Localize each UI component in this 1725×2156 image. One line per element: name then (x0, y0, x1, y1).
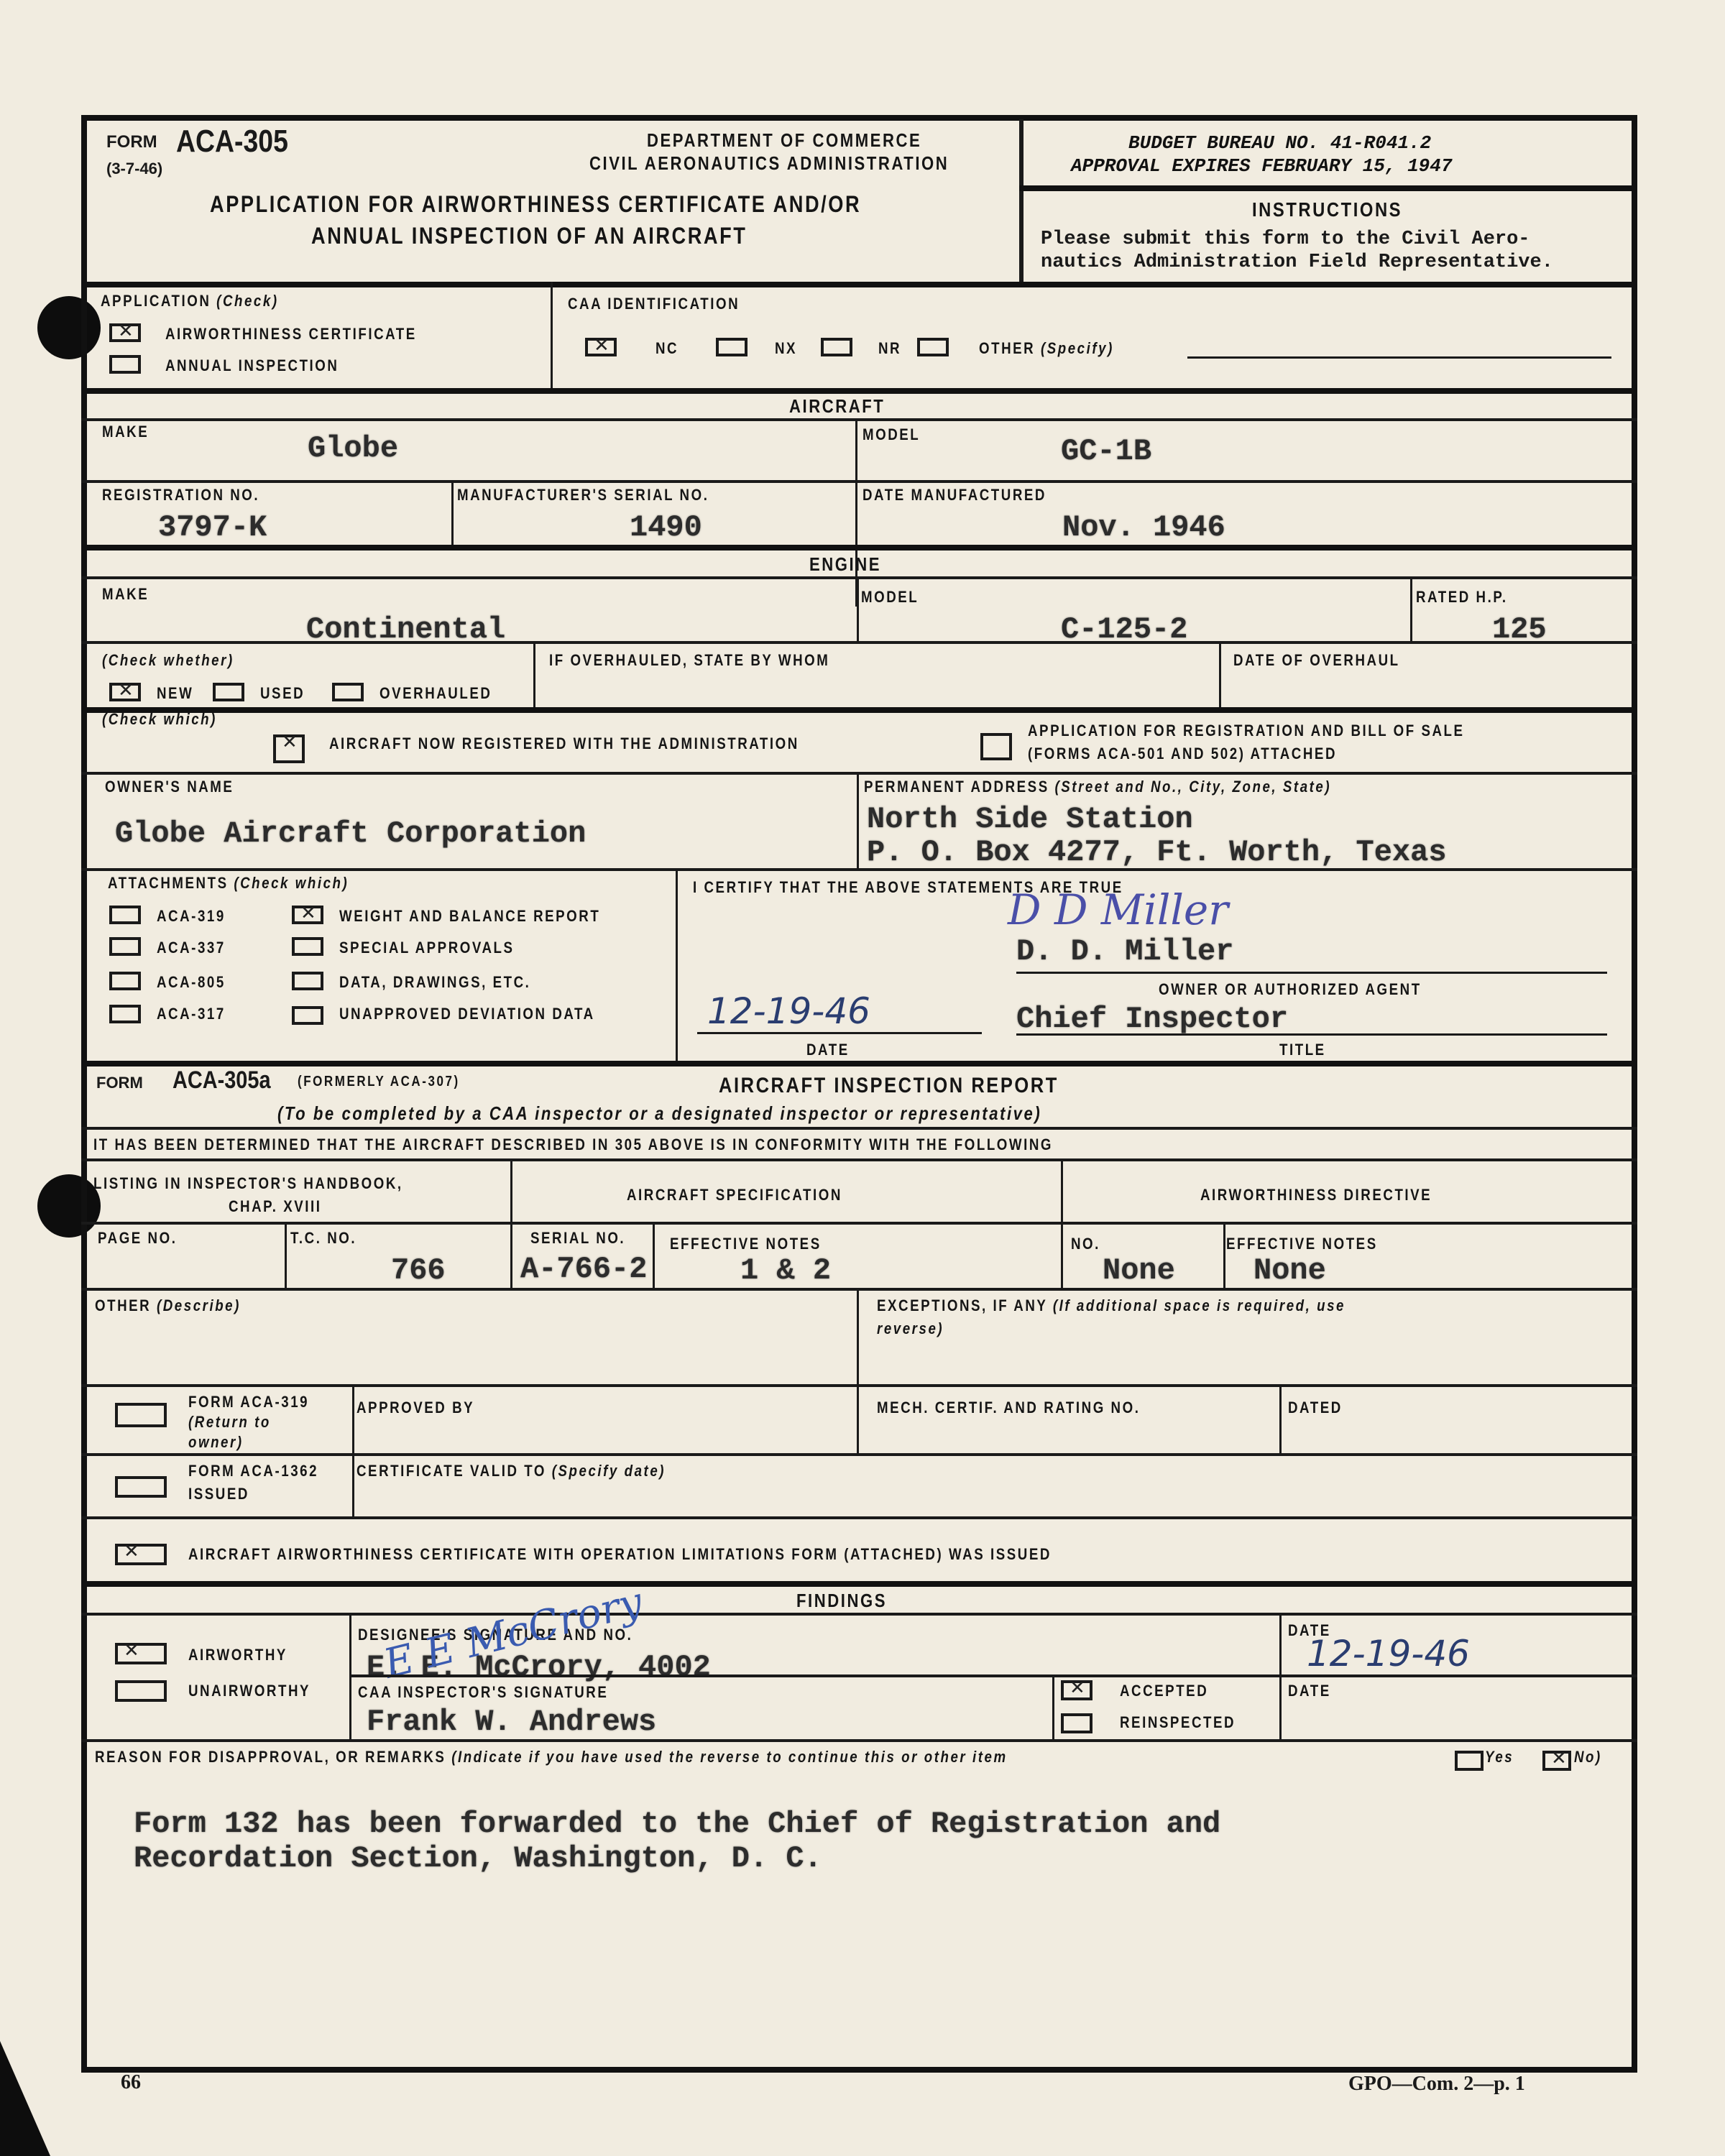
dated-field[interactable] (1287, 1423, 1624, 1452)
application-label: APPLICATION (101, 292, 211, 310)
remarks-text-line1: Form 132 has been forwarded to the Chief… (134, 1807, 1220, 1841)
exceptions-field[interactable] (870, 1341, 1624, 1381)
checkbox-unapproved-deviation[interactable] (292, 1006, 323, 1025)
aircraft-model-label: MODEL (862, 425, 920, 444)
instructions-line2: nautics Administration Field Representat… (1041, 252, 1553, 273)
attachments-hint: (Check which) (234, 874, 349, 892)
overhauled-by-label: IF OVERHAULED, STATE BY WHOM (549, 651, 829, 670)
date-manufactured-label: DATE MANUFACTURED (862, 486, 1046, 505)
address-line1: North Side Station (867, 802, 1193, 837)
checkbox-registration-application[interactable] (980, 733, 1012, 760)
registration-application-line1: APPLICATION FOR REGISTRATION AND BILL OF… (1028, 722, 1465, 740)
mech-cert-label: MECH. CERTIF. AND RATING NO. (877, 1399, 1140, 1417)
attachment-data-drawings: DATA, DRAWINGS, ETC. (339, 973, 530, 992)
engine-model-label: MODEL (861, 588, 919, 607)
attachment-aca-337: ACA-337 (157, 939, 226, 957)
attachment-aca-805: ACA-805 (157, 973, 226, 992)
checkbox-other[interactable] (917, 338, 949, 356)
unairworthy-label: UNAIRWORTHY (188, 1682, 310, 1700)
report-subtitle: (To be completed by a CAA inspector or a… (277, 1102, 1041, 1125)
handbook-label-line2: CHAP. XVIII (229, 1197, 322, 1216)
checkbox-aca-805[interactable] (109, 972, 141, 990)
footer-gpo-code: GPO—Com. 2—p. 1 (1348, 2073, 1525, 2096)
form-prefix: FORM (106, 132, 157, 152)
owner-name-value: Globe Aircraft Corporation (115, 816, 586, 851)
exceptions-hint-cont: reverse) (877, 1319, 944, 1338)
checkbox-used[interactable] (213, 683, 244, 701)
manufacturer-serial-value: 1490 (630, 510, 702, 545)
spec-effective-notes-value: 1 & 2 (740, 1253, 831, 1288)
other-hint: (Specify) (1041, 339, 1114, 357)
aircraft-make-label: MAKE (102, 423, 149, 441)
option-nr: NR (878, 339, 901, 358)
approval-expires: APPROVAL EXPIRES FEBRUARY 15, 1947 (1071, 155, 1453, 177)
caa-identification-label: CAA IDENTIFICATION (568, 295, 740, 313)
owner-agent-caption: OWNER OR AUTHORIZED AGENT (1159, 980, 1422, 999)
option-other: OTHER (979, 339, 1035, 357)
inspector-date-field[interactable] (1287, 1705, 1624, 1733)
checkbox-aca-319[interactable] (109, 906, 141, 924)
form-title-line1: APPLICATION FOR AIRWORTHINESS CERTIFICAT… (210, 191, 861, 218)
checkbox-new[interactable] (109, 683, 141, 701)
option-used: USED (260, 684, 305, 703)
spec-serial-value: A-766-2 (520, 1252, 647, 1286)
option-overhauled: OVERHAULED (379, 684, 492, 703)
inspector-date-label: DATE (1288, 1682, 1331, 1700)
dated-label: DATED (1288, 1399, 1343, 1417)
report-title: AIRCRAFT INSPECTION REPORT (719, 1074, 1059, 1098)
checkbox-aircraft-registered[interactable] (273, 734, 305, 763)
checkbox-form-aca-1362[interactable] (115, 1476, 167, 1498)
checkbox-accepted[interactable] (1061, 1680, 1092, 1700)
certificate-issued-label: AIRCRAFT AIRWORTHINESS CERTIFICATE WITH … (188, 1545, 1052, 1564)
report-form-number: ACA-305a (172, 1067, 271, 1095)
aircraft-specification-label: AIRCRAFT SPECIFICATION (627, 1186, 842, 1204)
reverse-yes-label: Yes (1485, 1748, 1514, 1766)
accepted-label: ACCEPTED (1120, 1682, 1208, 1700)
rated-hp-label: RATED H.P. (1416, 588, 1508, 607)
valid-to-field[interactable] (359, 1485, 1624, 1514)
aircraft-registered-label: AIRCRAFT NOW REGISTERED WITH THE ADMINIS… (329, 734, 799, 753)
attachment-weight-balance-report: WEIGHT AND BALANCE REPORT (339, 907, 600, 926)
attachments-label: ATTACHMENTS (108, 874, 229, 892)
overhaul-date-field[interactable] (1229, 676, 1624, 704)
checkbox-annual-inspection[interactable] (109, 355, 141, 374)
checkbox-nc[interactable] (585, 338, 617, 356)
remarks-text-line2: Recordation Section, Washington, D. C. (134, 1841, 822, 1876)
attachment-aca-319: ACA-319 (157, 907, 226, 926)
spec-effective-notes-label: EFFECTIVE NOTES (670, 1235, 822, 1253)
checkbox-special-approvals[interactable] (292, 937, 323, 956)
tc-no-label: T.C. NO. (290, 1229, 356, 1248)
option-new: NEW (157, 684, 193, 703)
form-aca-1362-line2: ISSUED (188, 1485, 249, 1503)
title-caption: TITLE (1279, 1041, 1326, 1059)
engine-make-label: MAKE (102, 585, 149, 604)
checkbox-overhauled[interactable] (332, 683, 364, 701)
department: DEPARTMENT OF COMMERCE (647, 129, 921, 152)
address-line2: P. O. Box 4277, Ft. Worth, Texas (867, 835, 1447, 870)
other-describe-hint: (Describe) (157, 1296, 241, 1314)
exceptions-label: EXCEPTIONS, IF ANY (877, 1296, 1047, 1314)
form-date: (3-7-46) (106, 160, 162, 178)
approved-by-label: APPROVED BY (356, 1399, 474, 1417)
option-airworthiness-certificate: AIRWORTHINESS CERTIFICATE (165, 325, 417, 344)
checkbox-form-aca-319[interactable] (115, 1403, 167, 1427)
mech-cert-field[interactable] (870, 1423, 1272, 1452)
caa-inspector-name: Frank W. Andrews (367, 1705, 656, 1739)
aircraft-make-value: Globe (308, 431, 398, 466)
checkbox-aca-337[interactable] (109, 937, 141, 956)
checkbox-nr[interactable] (821, 338, 852, 356)
valid-to-hint: (Specify date) (552, 1462, 666, 1480)
option-nx: NX (775, 339, 797, 358)
owner-agent-name: D. D. Miller (1016, 934, 1233, 969)
page-no-field[interactable] (93, 1250, 273, 1284)
option-nc: NC (655, 339, 678, 358)
instructions-title: INSTRUCTIONS (1252, 198, 1402, 221)
exceptions-hint: (If additional space is required, use (1053, 1296, 1345, 1314)
application-hint: (Check) (216, 292, 278, 310)
checkbox-data-drawings[interactable] (292, 972, 323, 990)
other-specify-field[interactable] (1187, 356, 1611, 359)
other-describe-field[interactable] (93, 1322, 848, 1380)
aircraft-section-title: AIRCRAFT (789, 395, 885, 418)
registration-no-value: 3797-K (158, 510, 267, 545)
checkbox-nx[interactable] (716, 338, 747, 356)
valid-to-label: CERTIFICATE VALID TO (356, 1462, 546, 1480)
aircraft-model-value: GC-1B (1061, 434, 1151, 469)
form-aca-1362-line1: FORM ACA-1362 (188, 1462, 318, 1480)
checkbox-reinspected[interactable] (1061, 1713, 1092, 1733)
administration: CIVIL AERONAUTICS ADMINISTRATION (589, 152, 949, 175)
remarks-label: REASON FOR DISAPPROVAL, OR REMARKS (95, 1748, 446, 1766)
registration-no-label: REGISTRATION NO. (102, 486, 259, 505)
directive-no-label: NO. (1071, 1235, 1100, 1253)
findings-title: FINDINGS (796, 1590, 887, 1612)
checkbox-airworthy[interactable] (115, 1643, 167, 1664)
owner-signature: D D Miller (1008, 885, 1228, 934)
checkbox-aca-317[interactable] (109, 1005, 141, 1023)
page-no-label: PAGE NO. (98, 1229, 177, 1248)
form-aca-319-line2: (Return to (188, 1413, 271, 1432)
owner-agent-title: Chief Inspector (1016, 1002, 1288, 1036)
attachment-unapproved-deviation: UNAPPROVED DEVIATION DATA (339, 1005, 595, 1023)
reinspected-label: REINSPECTED (1120, 1713, 1236, 1732)
instructions-line1: Please submit this form to the Civil Aer… (1041, 229, 1530, 250)
handbook-label-line1: LISTING IN INSPECTOR'S HANDBOOK, (93, 1174, 403, 1193)
checkbox-reverse-yes[interactable] (1455, 1751, 1483, 1771)
checkbox-airworthiness-certificate[interactable] (109, 323, 141, 342)
airworthiness-directive-label: AIRWORTHINESS DIRECTIVE (1200, 1186, 1432, 1204)
registration-status-label: (Check which) (102, 710, 217, 729)
findings-date-handwritten: 12-19-46 (1307, 1633, 1470, 1674)
directive-effective-notes-label: EFFECTIVE NOTES (1226, 1235, 1378, 1253)
airworthy-label: AIRWORTHY (188, 1646, 287, 1664)
engine-section-title: ENGINE (809, 553, 881, 576)
date-caption: DATE (806, 1041, 850, 1059)
registration-application-line2: (FORMS ACA-501 AND 502) ATTACHED (1028, 745, 1337, 763)
torn-corner (0, 2041, 50, 2156)
report-form-note: (FORMERLY ACA-307) (298, 1074, 460, 1090)
form-aca-319-line1: FORM ACA-319 (188, 1393, 309, 1411)
conformity-statement: IT HAS BEEN DETERMINED THAT THE AIRCRAFT… (93, 1135, 1053, 1154)
checkbox-unairworthy[interactable] (115, 1680, 167, 1702)
checkbox-weight-balance-report[interactable] (292, 906, 323, 924)
permanent-address-hint: (Street and No., City, Zone, State) (1054, 778, 1331, 796)
remarks-hint: (Indicate if you have used the reverse t… (451, 1748, 1007, 1766)
checkbox-certificate-issued[interactable] (115, 1544, 167, 1565)
manufacturer-serial-label: MANUFACTURER'S SERIAL NO. (457, 486, 709, 505)
option-annual-inspection: ANNUAL INSPECTION (165, 356, 339, 375)
certification-date-handwritten: 12-19-46 (707, 990, 870, 1032)
caa-inspector-signature-label: CAA INSPECTOR'S SIGNATURE (358, 1683, 608, 1702)
spec-serial-label: SERIAL NO. (530, 1229, 625, 1248)
other-describe-label: OTHER (95, 1296, 151, 1314)
reverse-no-label: No) (1574, 1748, 1602, 1766)
date-manufactured-value: Nov. 1946 (1062, 510, 1225, 545)
directive-no-value: None (1103, 1253, 1175, 1288)
attachment-special-approvals: SPECIAL APPROVALS (339, 939, 515, 957)
report-form-prefix: FORM (96, 1074, 143, 1092)
budget-bureau-number: BUDGET BUREAU NO. 41-R041.2 (1128, 132, 1431, 154)
form-title-line2: ANNUAL INSPECTION OF AN AIRCRAFT (311, 223, 747, 249)
directive-effective-notes-value: None (1253, 1253, 1326, 1288)
approved-by-field[interactable] (359, 1423, 848, 1452)
owner-name-label: OWNER'S NAME (105, 778, 234, 796)
form-aca-319-line3: owner) (188, 1433, 244, 1452)
permanent-address-label: PERMANENT ADDRESS (864, 778, 1049, 796)
attachment-aca-317: ACA-317 (157, 1005, 226, 1023)
footer-page-code: 66 (121, 2071, 141, 2094)
form-number: ACA-305 (176, 124, 288, 160)
engine-condition-label: (Check whether) (102, 651, 234, 670)
checkbox-reverse-no[interactable] (1542, 1751, 1571, 1771)
tc-no-value: 766 (391, 1253, 446, 1288)
overhauled-by-field[interactable] (546, 676, 1215, 704)
overhaul-date-label: DATE OF OVERHAUL (1233, 651, 1400, 670)
